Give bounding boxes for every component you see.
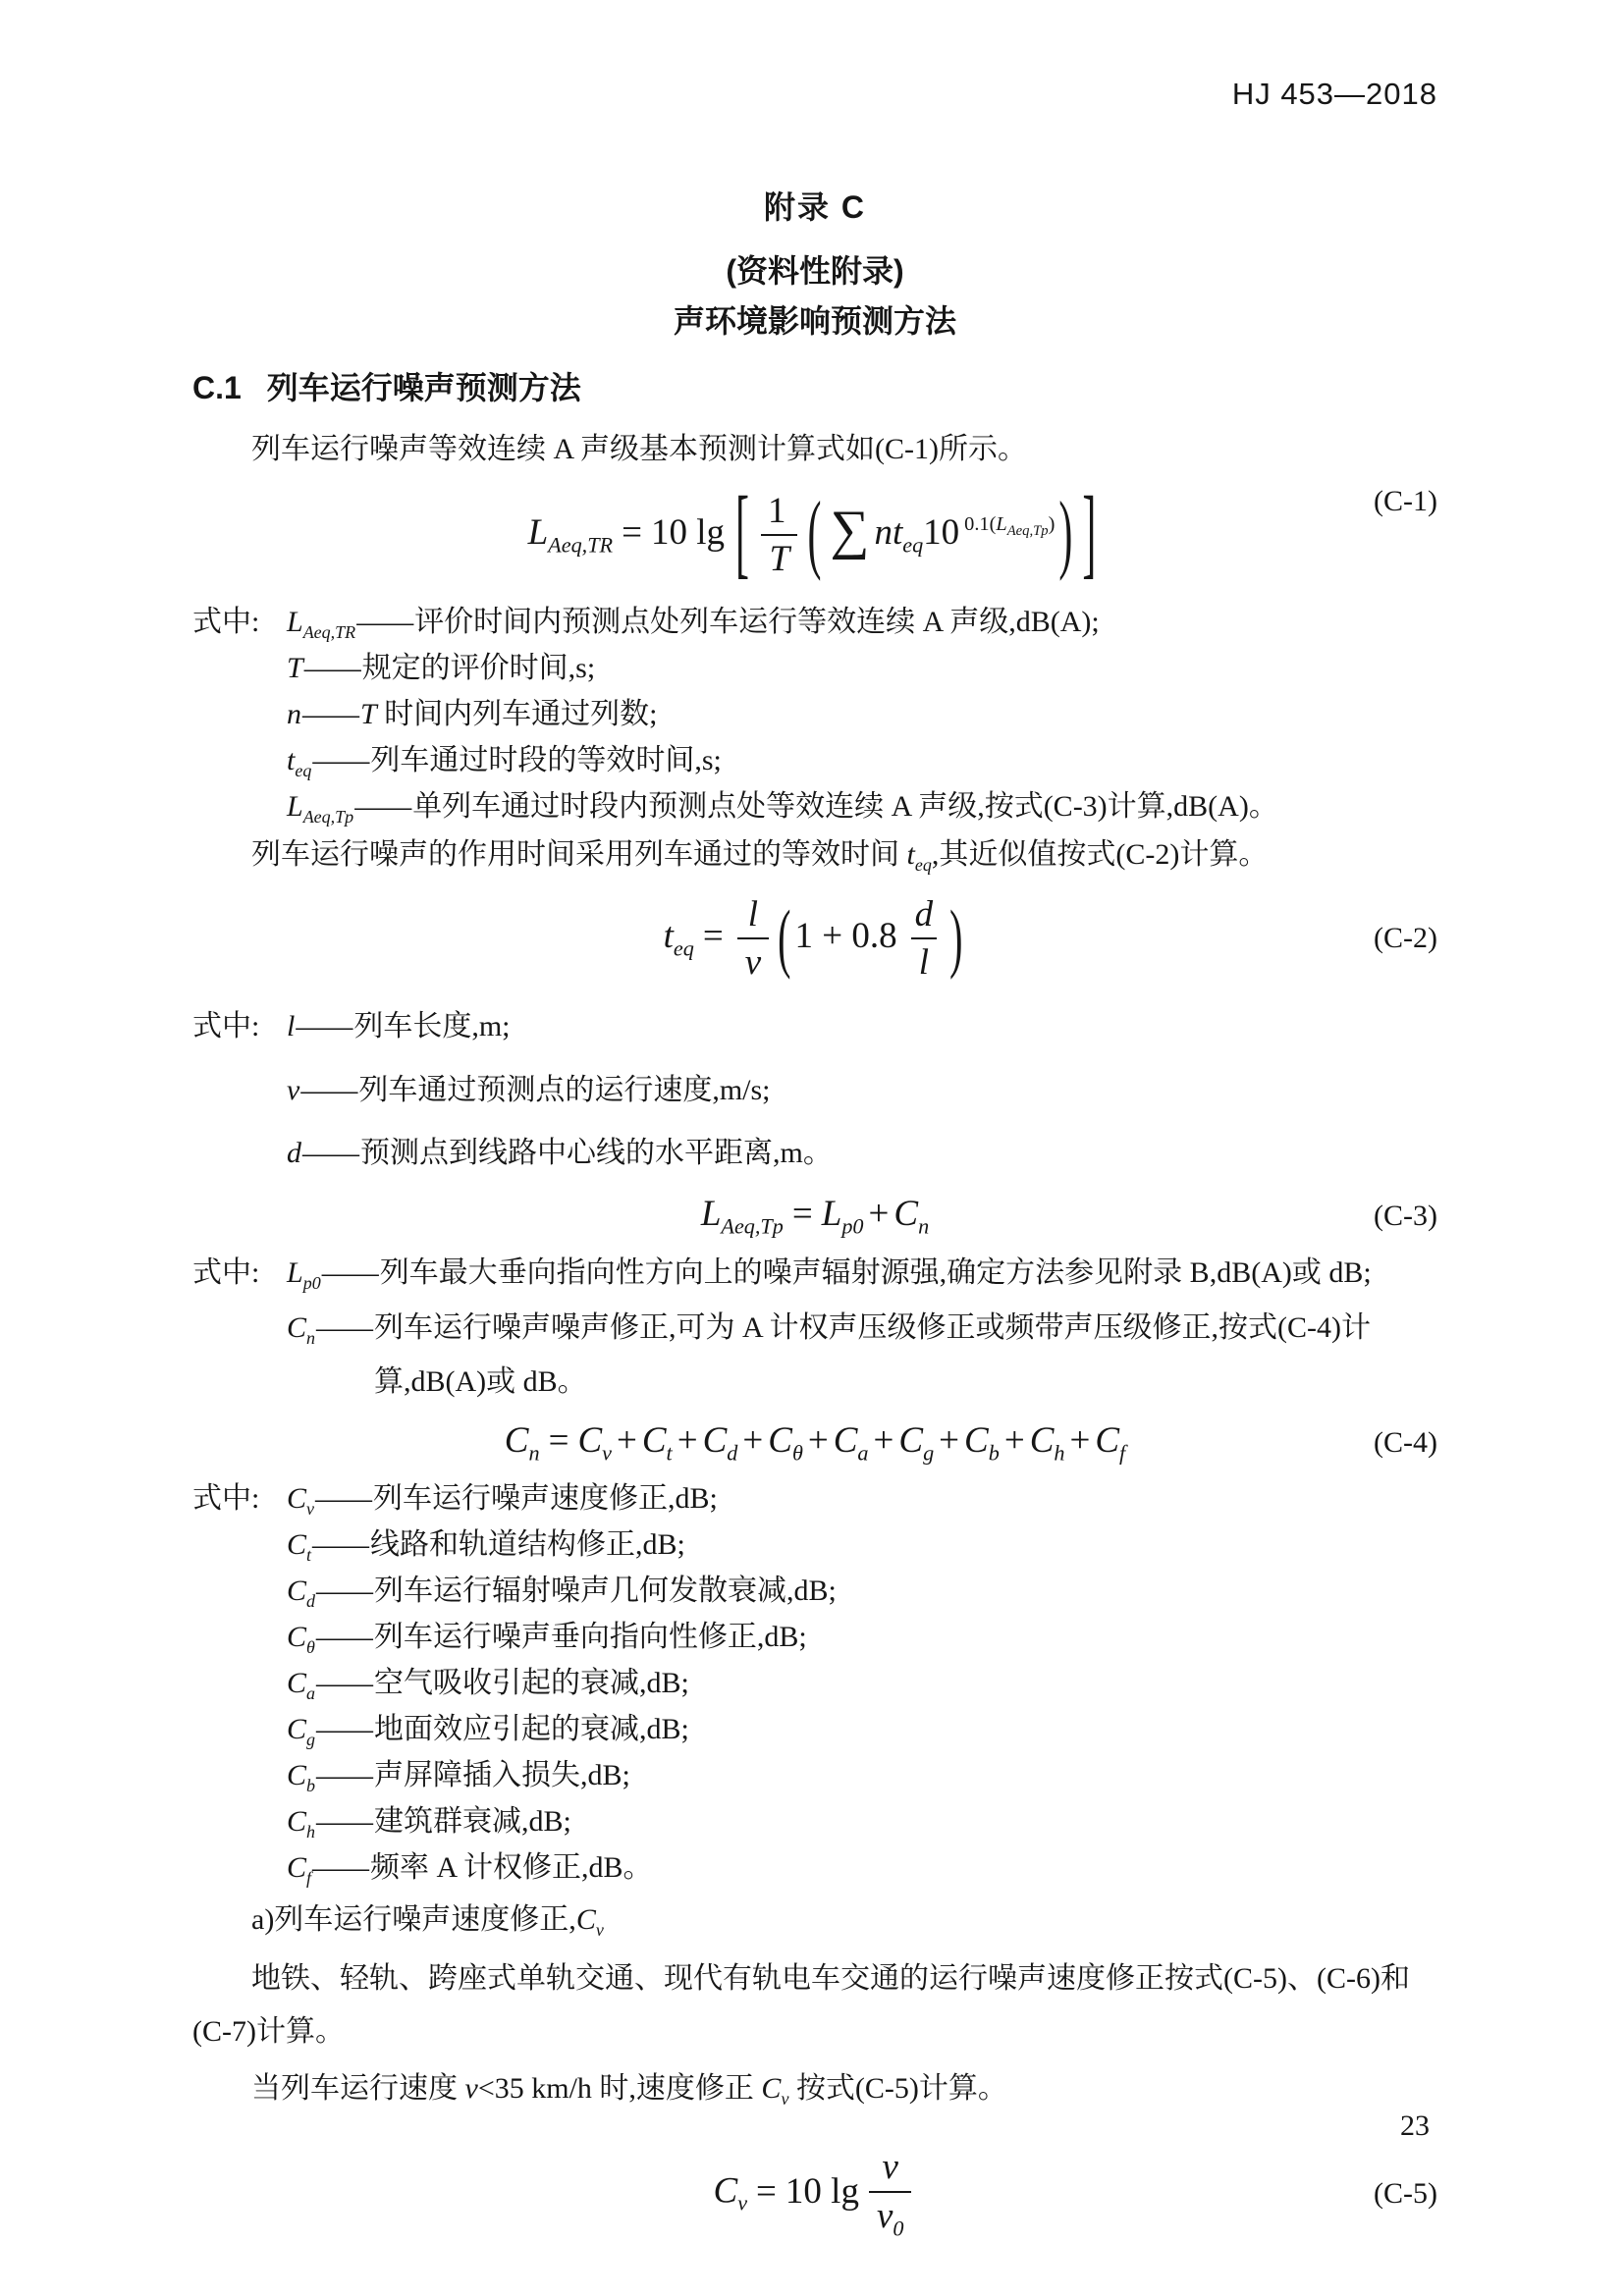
term-Ctheta: C — [768, 1420, 792, 1461]
left-square-bracket: [ — [735, 478, 749, 591]
symbol-Ch: Ch — [287, 1799, 315, 1845]
equals-sign: = — [756, 2171, 777, 2212]
exponent: 0.1(LAeq,Tp) — [964, 513, 1055, 535]
definition-list-c4: 式中: Cv —— 列车运行噪声速度修正,dB; Ct —— 线路和轨道结构修正… — [192, 1476, 1437, 1892]
formula-c1-lhs: L — [528, 512, 549, 553]
em-dash: —— — [300, 1059, 355, 1122]
paragraph-teq: 列车运行噪声的作用时间采用列车通过的等效时间 teq,其近似值按式(C-2)计算… — [192, 832, 1437, 880]
symbol-L-Aeq-TR: LAeq,TR — [287, 600, 355, 646]
formula-label-c3: (C-3) — [1374, 1199, 1437, 1234]
definition-text: 列车运行辐射噪声几何发散衰减,dB; — [374, 1569, 1437, 1613]
formula-c5-lhs: C — [714, 2171, 738, 2212]
formula-c2-lhs: t — [664, 916, 674, 956]
var-Cn: C — [893, 1194, 918, 1234]
symbol-Cg: Cg — [287, 1707, 315, 1753]
definition-text: 预测点到线路中心线的水平距离,m。 — [360, 1122, 1437, 1185]
symbol-Ct: Ct — [287, 1522, 311, 1569]
summation-sign: ∑ — [831, 500, 870, 561]
formula-c4: Cn=Cv+Ct+Cd+Cθ+Ca+Cg+Cb+Ch+Cf — [505, 1420, 1125, 1466]
plus-sign: + — [617, 1420, 637, 1461]
paragraph-transit-modes: 地铁、轻轨、跨座式单轨交通、现代有轨电车交通的运行噪声速度修正按式(C-5)、(… — [192, 1952, 1437, 2058]
paragraph-speed-condition: 当列车运行速度 v<35 km/h 时,速度修正 Cv 按式(C-5)计算。 — [192, 2066, 1437, 2113]
formula-c1-coef: 10 lg — [651, 512, 725, 553]
formula-c5-lhs-sub: v — [737, 2191, 747, 2216]
definition-text: 列车最大垂向指向性方向上的噪声辐射源强,确定方法参见附录 B,dB(A)或 dB… — [380, 1246, 1437, 1301]
plus-sign: + — [677, 1420, 698, 1461]
em-dash: —— — [316, 1753, 371, 1797]
var-t-eq: t — [907, 838, 915, 871]
var-t-sub: eq — [902, 532, 923, 557]
paragraph-intro: 列车运行噪声等效连续 A 声级基本预测计算式如(C-1)所示。 — [192, 427, 1437, 473]
em-dash: —— — [316, 1707, 371, 1751]
var-Cv: C — [761, 2072, 781, 2105]
em-dash: —— — [316, 1799, 371, 1843]
symbol-T: T — [287, 646, 303, 692]
definition-row: v —— 列车通过预测点的运行速度,m/s; — [192, 1059, 1437, 1122]
definition-list-c1: 式中: LAeq,TR —— 评价时间内预测点处列车运行等效连续 A 声级,dB… — [192, 600, 1437, 830]
em-dash: —— — [302, 692, 357, 738]
plus-sign: + — [1004, 1420, 1025, 1461]
left-paren: ( — [808, 485, 822, 584]
definition-text: 单列车通过时段内预测点处等效连续 A 声级,按式(C-3)计算,dB(A)。 — [412, 784, 1437, 830]
document-page: HJ 453—2018 附录 C (资料性附录) 声环境影响预测方法 C.1 列… — [0, 0, 1624, 2296]
equals-sign: = — [792, 1194, 813, 1234]
equals-sign: = — [549, 1420, 569, 1461]
appendix-kind: (资料性附录) — [192, 253, 1437, 291]
definition-list-c3: 式中: Lp0 —— 列车最大垂向指向性方向上的噪声辐射源强,确定方法参见附录 … — [192, 1246, 1437, 1410]
term-Cg: C — [898, 1420, 923, 1461]
equals-sign: = — [703, 916, 724, 956]
formula-label-c4: (C-4) — [1374, 1425, 1437, 1461]
definition-text: 列车运行噪声垂向指向性修正,dB; — [374, 1615, 1437, 1659]
term-Cb: C — [964, 1420, 989, 1461]
term-Ct: C — [642, 1420, 667, 1461]
plus-sign: + — [1069, 1420, 1090, 1461]
definition-text: 频率 A 计权修正,dB。 — [370, 1845, 1437, 1890]
em-dash: —— — [356, 600, 411, 646]
formula-row-c4: Cn=Cv+Ct+Cd+Cθ+Ca+Cg+Cb+Ch+Cf (C-4) — [192, 1417, 1437, 1468]
definition-row: 式中: Cv —— 列车运行噪声速度修正,dB; — [192, 1476, 1437, 1522]
em-dash: —— — [354, 784, 409, 830]
definition-row: LAeq,Tp —— 单列车通过时段内预测点处等效连续 A 声级,按式(C-3)… — [192, 784, 1437, 830]
symbol-l: l — [287, 995, 295, 1058]
symbol-Lp0: Lp0 — [287, 1246, 321, 1301]
definition-text: 列车通过预测点的运行速度,m/s; — [358, 1059, 1437, 1122]
formula-c1-lhs-sub: Aeq,TR — [548, 532, 613, 557]
symbol-v: v — [287, 1059, 299, 1122]
formula-label-c5: (C-5) — [1374, 2176, 1437, 2212]
definition-row: Ct —— 线路和轨道结构修正,dB; — [192, 1522, 1437, 1569]
symbol-Cv: Cv — [287, 1476, 314, 1522]
em-dash: —— — [312, 1845, 367, 1890]
symbol-d: d — [287, 1122, 301, 1185]
def-intro-label: 式中: — [192, 1246, 287, 1301]
definition-row: Ch —— 建筑群衰减,dB; — [192, 1799, 1437, 1845]
def-intro-label: 式中: — [192, 1476, 287, 1521]
appendix-title: 附录 C — [192, 189, 1437, 227]
formula-label-c1: (C-1) — [1374, 484, 1437, 519]
em-dash: —— — [304, 646, 359, 692]
definition-text: 列车运行噪声噪声修正,可为 A 计权声压级修正或频带声压级修正,按式(C-4)计… — [374, 1301, 1437, 1411]
em-dash: —— — [316, 1301, 371, 1356]
em-dash: —— — [312, 738, 367, 784]
em-dash: —— — [316, 1661, 371, 1705]
formula-c3-lhs: L — [701, 1194, 722, 1234]
definition-row: Cd —— 列车运行辐射噪声几何发散衰减,dB; — [192, 1569, 1437, 1615]
term-Ch: C — [1030, 1420, 1055, 1461]
formula-row-c1: LAeq,TR=10 lg[1T(∑nteq100.1(LAeq,Tp))] (… — [192, 480, 1437, 590]
section-number: C.1 — [192, 370, 242, 407]
var-n: n — [874, 512, 893, 553]
definition-row: Ca —— 空气吸收引起的衰减,dB; — [192, 1661, 1437, 1707]
left-paren: ( — [778, 896, 790, 982]
definition-row: Cg —— 地面效应引起的衰减,dB; — [192, 1707, 1437, 1753]
term-Cf: C — [1095, 1420, 1119, 1461]
section-heading: C.1 列车运行噪声预测方法 — [192, 370, 1437, 407]
plus-sign: + — [874, 1420, 894, 1461]
document-header: HJ 453—2018 — [192, 79, 1437, 111]
formula-c3-lhs-sub: Aeq,Tp — [721, 1213, 783, 1238]
definition-list-c2: 式中: l —— 列车长度,m; v —— 列车通过预测点的运行速度,m/s; … — [192, 995, 1437, 1185]
doc-code: HJ 453—2018 — [1232, 77, 1437, 111]
symbol-Ca: Ca — [287, 1661, 315, 1707]
em-dash: —— — [322, 1246, 377, 1301]
formula-c5: Cv=10 lgvv0 — [714, 2147, 917, 2241]
formula-row-c3: LAeq,Tp=Lp0+Cn (C-3) — [192, 1191, 1437, 1242]
definition-row: n —— T 时间内列车通过列数; — [192, 692, 1437, 738]
definition-text: 建筑群衰减,dB; — [374, 1799, 1437, 1843]
plus-sign: + — [939, 1420, 959, 1461]
em-dash: —— — [316, 1569, 371, 1613]
term-Cv: C — [577, 1420, 602, 1461]
equals-sign: = — [622, 512, 642, 553]
symbol-Cn: Cn — [287, 1301, 315, 1356]
definition-text: 空气吸收引起的衰减,dB; — [374, 1661, 1437, 1705]
formula-c3: LAeq,Tp=Lp0+Cn — [701, 1194, 929, 1239]
definition-row: 式中: LAeq,TR —— 评价时间内预测点处列车运行等效连续 A 声级,dB… — [192, 600, 1437, 646]
definition-row: teq —— 列车通过时段的等效时间,s; — [192, 738, 1437, 784]
definition-text: 列车运行噪声速度修正,dB; — [373, 1476, 1437, 1521]
symbol-n: n — [287, 692, 301, 738]
right-paren: ) — [1058, 485, 1072, 584]
term-Cd: C — [703, 1420, 728, 1461]
em-dash: —— — [315, 1476, 370, 1521]
right-square-bracket: ] — [1082, 478, 1096, 591]
formula-label-c2: (C-2) — [1374, 921, 1437, 956]
plus-sign: + — [869, 1194, 890, 1234]
definition-row: Cθ —— 列车运行噪声垂向指向性修正,dB; — [192, 1615, 1437, 1661]
var-Lp0: L — [822, 1194, 842, 1234]
formula-c2-lhs-sub: eq — [674, 935, 694, 960]
definition-text: 评价时间内预测点处列车运行等效连续 A 声级,dB(A); — [414, 600, 1437, 646]
fraction-l-over-v: lv — [737, 894, 769, 984]
term-Ca: C — [834, 1420, 858, 1461]
definition-text: 线路和轨道结构修正,dB; — [370, 1522, 1437, 1567]
symbol-Cf: Cf — [287, 1845, 311, 1892]
definition-row: 式中: l —— 列车长度,m; — [192, 995, 1437, 1058]
section-title: 列车运行噪声预测方法 — [267, 370, 581, 407]
definition-row: d —— 预测点到线路中心线的水平距离,m。 — [192, 1122, 1437, 1185]
plus-sign: + — [742, 1420, 763, 1461]
fraction-v-over-v0: vv0 — [869, 2147, 912, 2241]
plus-sign: + — [808, 1420, 829, 1461]
em-dash: —— — [312, 1522, 367, 1567]
definition-text: 规定的评价时间,s; — [362, 646, 1437, 692]
definition-row: Cf —— 频率 A 计权修正,dB。 — [192, 1845, 1437, 1892]
fraction-d-over-l: dl — [907, 894, 942, 984]
definition-text: 声屏障插入损失,dB; — [374, 1753, 1437, 1797]
definition-text: 地面效应引起的衰减,dB; — [374, 1707, 1437, 1751]
right-paren: ) — [949, 896, 962, 982]
var-v: v — [465, 2072, 478, 2105]
formula-c1: LAeq,TR=10 lg[1T(∑nteq100.1(LAeq,Tp))] — [528, 491, 1103, 580]
list-item-a: a)列车运行噪声速度修正,Cv — [192, 1897, 1437, 1945]
em-dash: —— — [316, 1615, 371, 1659]
definition-text: T 时间内列车通过列数; — [360, 692, 1437, 738]
symbol-Cd: Cd — [287, 1569, 315, 1615]
def-intro-label: 式中: — [192, 995, 287, 1058]
appendix-subject: 声环境影响预测方法 — [192, 303, 1437, 341]
formula-row-c2: teq=lv(1 + 0.8dl) (C-2) — [192, 889, 1437, 988]
definition-text: 列车长度,m; — [353, 995, 1437, 1058]
formula-c4-lhs: C — [505, 1420, 529, 1461]
fraction-1-over-T: 1T — [760, 491, 799, 580]
definition-text: 列车通过时段的等效时间,s; — [370, 738, 1437, 784]
em-dash: —— — [296, 995, 351, 1058]
formula-c2: teq=lv(1 + 0.8dl) — [664, 894, 967, 984]
definition-row: Cn —— 列车运行噪声噪声修正,可为 A 计权声压级修正或频带声压级修正,按式… — [192, 1301, 1437, 1411]
power-base-10: 10 — [923, 512, 959, 553]
em-dash: —— — [302, 1122, 357, 1185]
var-t: t — [893, 512, 902, 553]
symbol-Cb: Cb — [287, 1753, 315, 1799]
definition-row: 式中: Lp0 —— 列车最大垂向指向性方向上的噪声辐射源强,确定方法参见附录 … — [192, 1246, 1437, 1301]
definition-row: T —— 规定的评价时间,s; — [192, 646, 1437, 692]
symbol-L-Aeq-Tp: LAeq,Tp — [287, 784, 353, 830]
page-number: 23 — [1400, 2104, 1430, 2150]
formula-c5-coef: 10 lg — [785, 2171, 859, 2212]
definition-row: Cb —— 声屏障插入损失,dB; — [192, 1753, 1437, 1799]
var-Cv: C — [576, 1903, 596, 1936]
formula-c2-inner: 1 + 0.8 — [794, 916, 896, 956]
def-intro-label: 式中: — [192, 600, 287, 646]
formula-row-c5: Cv=10 lgvv0 (C-5) — [192, 2147, 1437, 2241]
symbol-Ctheta: Cθ — [287, 1615, 315, 1661]
symbol-t-eq: teq — [287, 738, 311, 784]
